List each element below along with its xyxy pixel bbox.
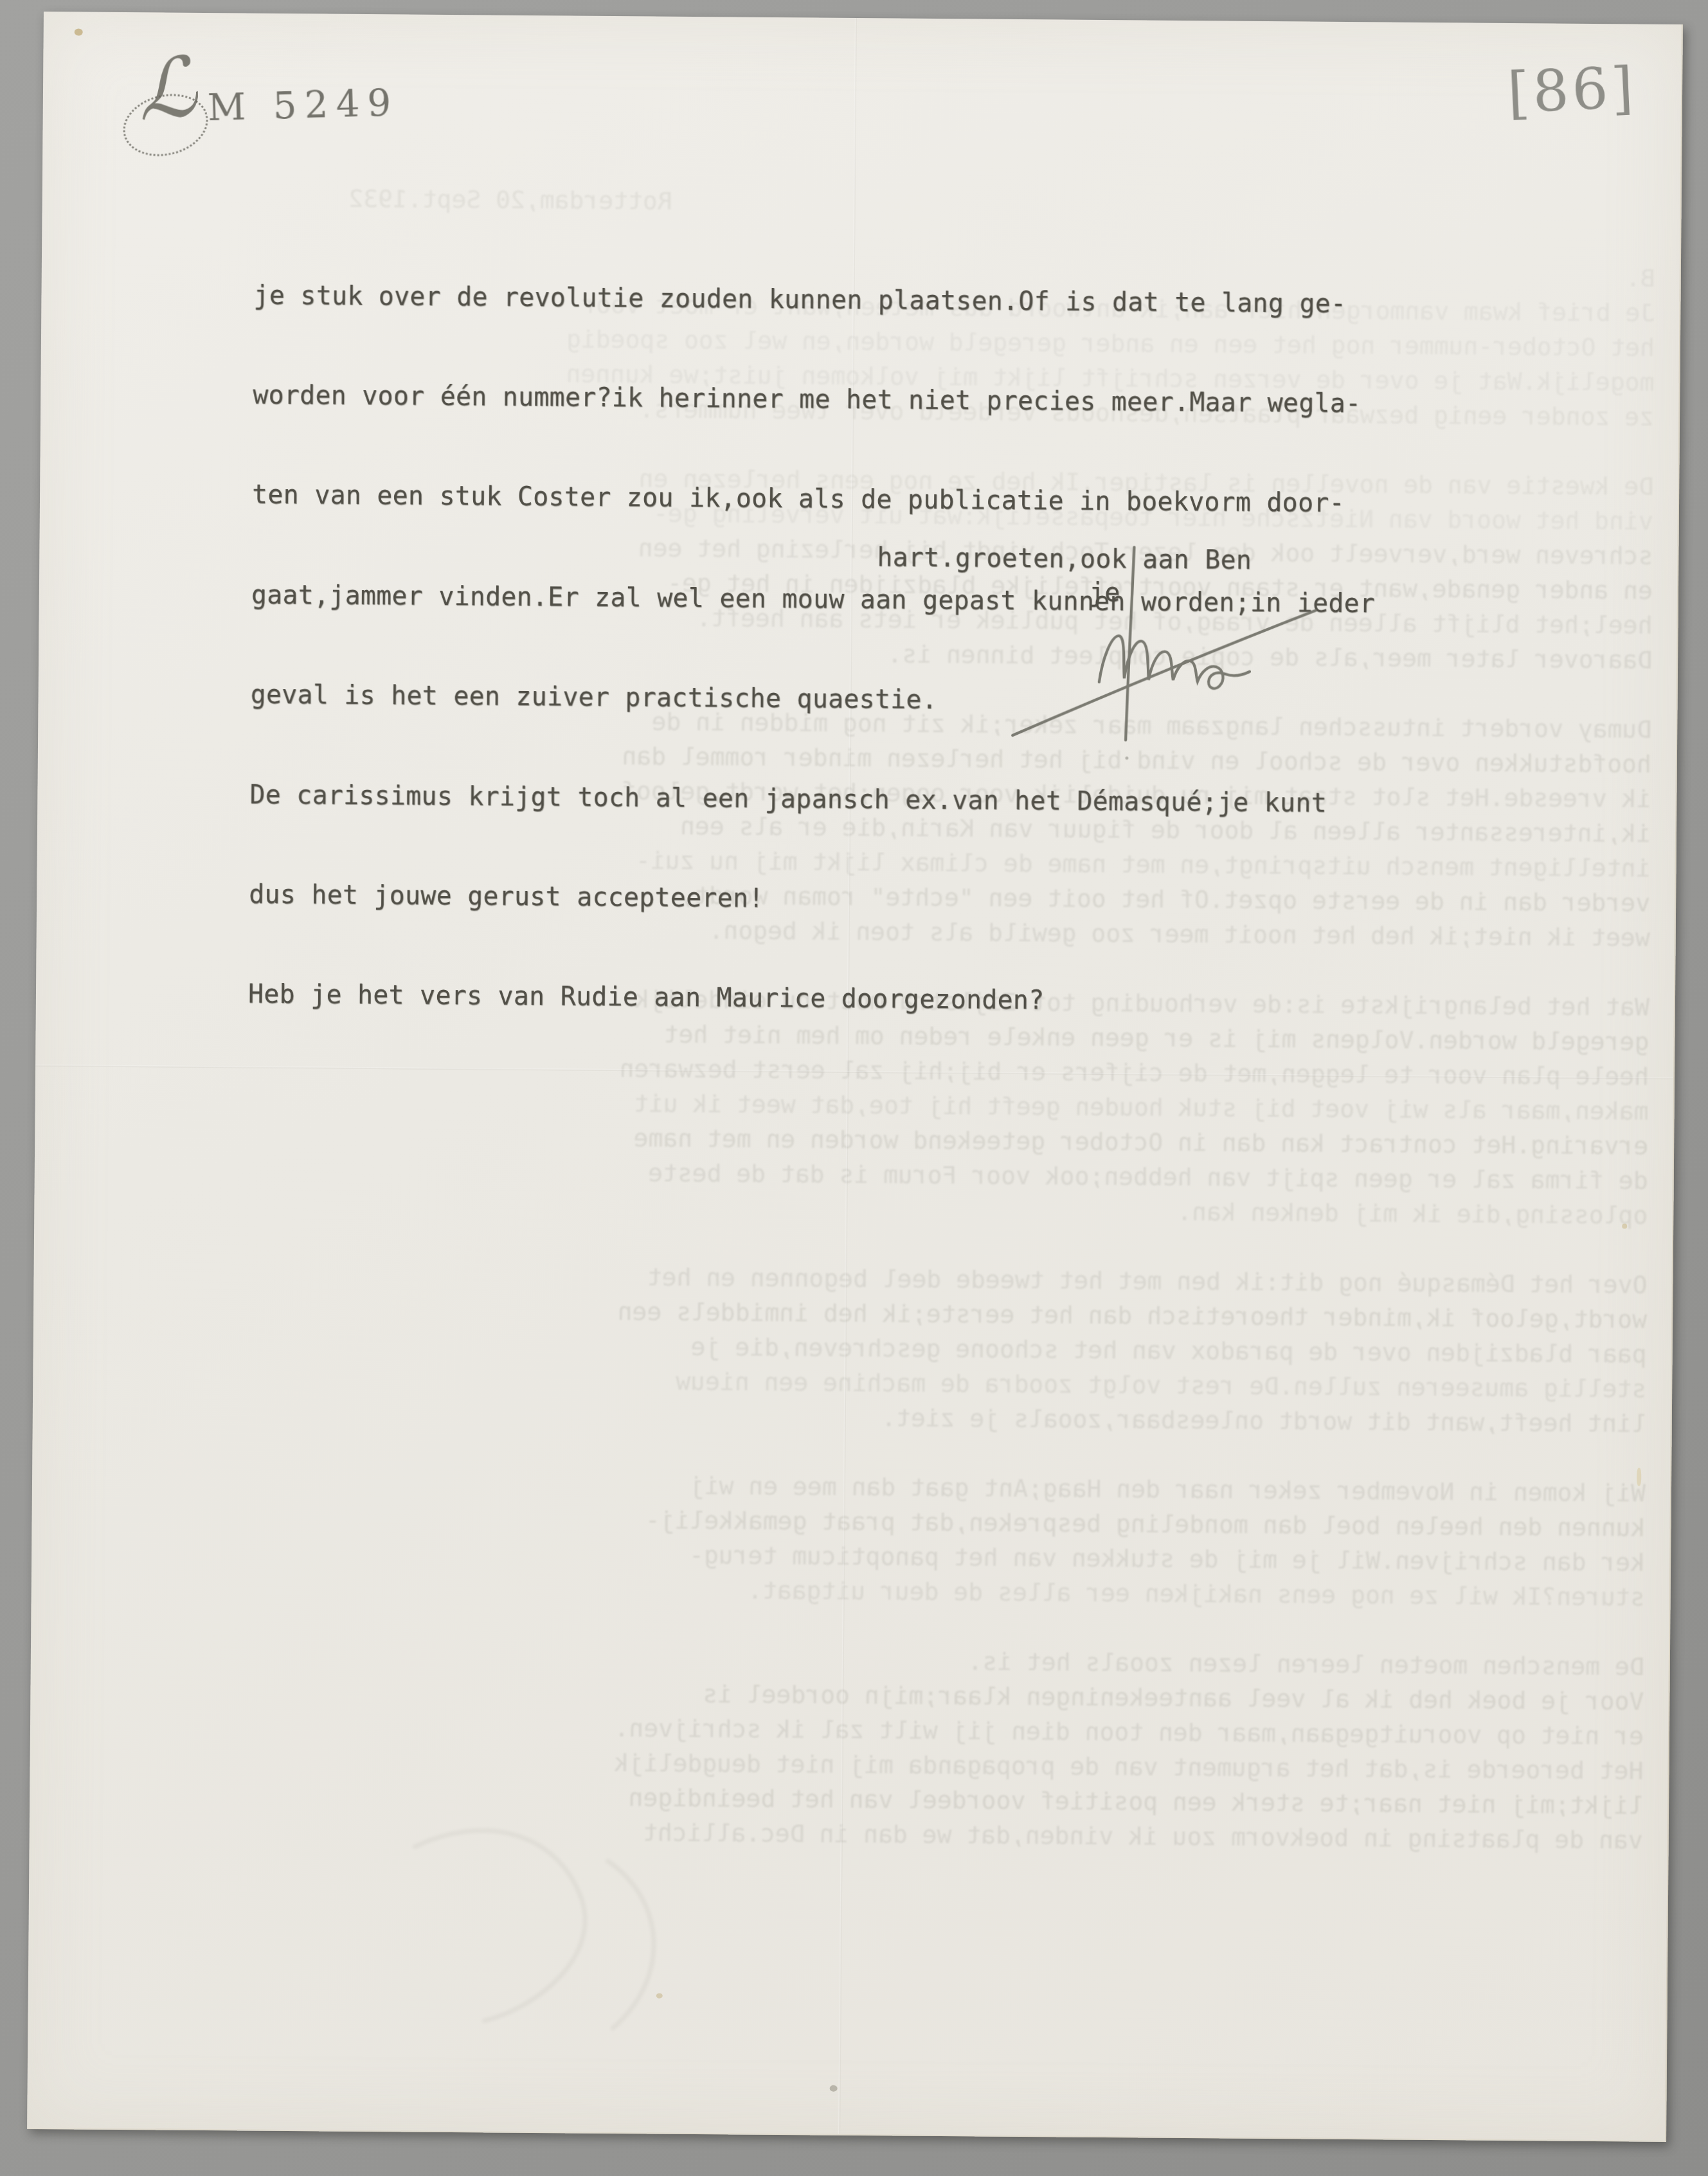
foxing-speck [656, 1993, 663, 1999]
ghost-pencil-impression [388, 1808, 724, 2067]
typed-line: worden voor één nummer?ik herinner me he… [253, 379, 1377, 422]
foxing-speck [1637, 1468, 1641, 1486]
letter-page: Rotterdam,20 Sept.1932B.Je brief kwam va… [27, 12, 1683, 2142]
typed-line: dus het jouwe gerust accepteeren! [249, 879, 1373, 921]
foxing-speck [830, 2085, 838, 2092]
pencil-page-number: [86] [1506, 54, 1638, 126]
signature-name-scribble [1099, 636, 1250, 689]
foxing-speck [1622, 1223, 1627, 1228]
signature-underline-flourish [1012, 608, 1316, 738]
bleedthrough-line: Rotterdam,20 Sept.1932 [66, 179, 672, 218]
typed-line: Heb je het vers van Rudie aan Maurice do… [248, 978, 1372, 1021]
archive-stamp: ℒ M 5249 [125, 52, 125, 155]
handwritten-signature [989, 526, 1402, 805]
foxing-speck [75, 28, 83, 35]
scan-background: Rotterdam,20 Sept.1932B.Je brief kwam va… [0, 0, 1708, 2176]
typed-line: ten van een stuk Coster zou ik,ook als d… [252, 479, 1376, 521]
typed-line: je stuk over de revolutie zouden kunnen … [253, 279, 1378, 321]
signature-vertical-stroke [1126, 547, 1134, 740]
stamp-monogram: ℒ [133, 46, 200, 133]
stamp-inventory-number: M 5249 [207, 80, 399, 129]
